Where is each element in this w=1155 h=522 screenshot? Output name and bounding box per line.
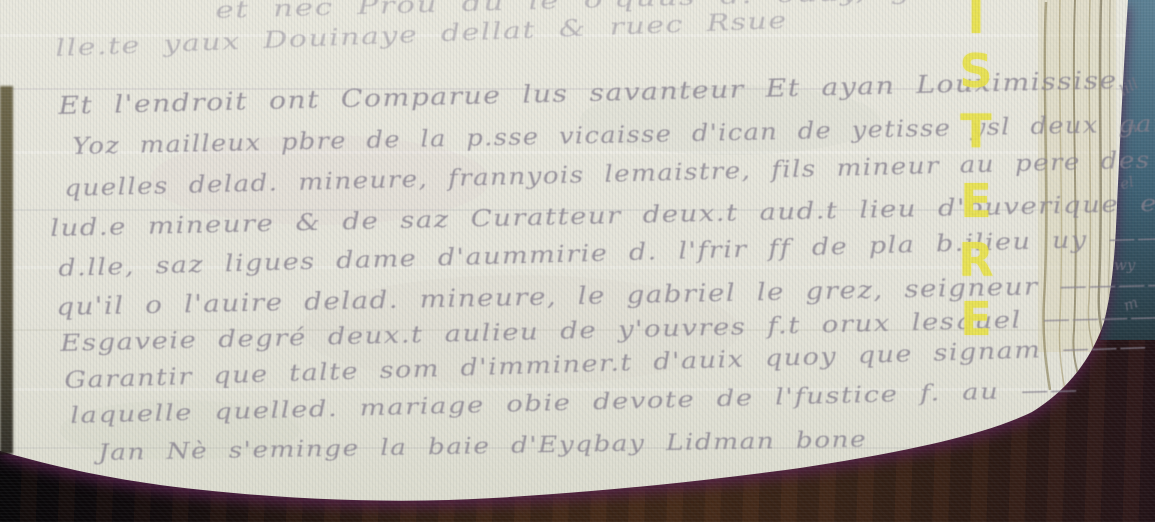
left-edge-shadow xyxy=(0,86,13,454)
margin-note: wy xyxy=(1114,256,1135,274)
watermark-letter: E xyxy=(952,296,1000,342)
watermark-letter: S xyxy=(952,48,1000,94)
watermark-letter: E xyxy=(952,178,1000,224)
margin-note: w xyxy=(1127,118,1140,136)
watermark-letter: R xyxy=(952,237,1000,283)
photographed-register-page: et nec Prou du le o'quus d. ouuy, gallau… xyxy=(0,0,1155,522)
watermark-letter: T xyxy=(952,108,1000,154)
watermark-letter: I xyxy=(952,0,1000,40)
